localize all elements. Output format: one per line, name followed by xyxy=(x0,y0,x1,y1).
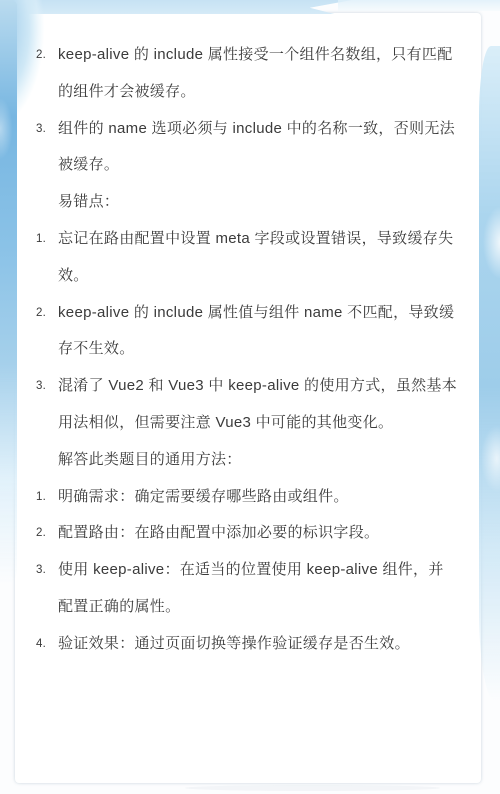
section-heading: 解答此类题目的通用方法： xyxy=(36,442,458,479)
list-item-number: 1. xyxy=(36,221,58,258)
watercolor-top-strip-faint xyxy=(338,0,500,11)
notes-content: 2.keep-alive 的 include 属性接受一个组件名数组，只有匹配的… xyxy=(36,37,458,663)
list-item-number: 3. xyxy=(36,552,58,589)
list-item-number: 2. xyxy=(36,37,58,74)
list-item-text: 使用 keep-alive：在适当的位置使用 keep-alive 组件，并配置… xyxy=(58,552,458,626)
list-item-text: keep-alive 的 include 属性接受一个组件名数组，只有匹配的组件… xyxy=(58,37,458,111)
list-item: 1.明确需求：确定需要缓存哪些路由或组件。 xyxy=(36,479,458,516)
list-item: 1.忘记在路由配置中设置 meta 字段或设置错误，导致缓存失效。 xyxy=(36,221,458,295)
list-item-text: 明确需求：确定需要缓存哪些路由或组件。 xyxy=(58,479,458,516)
list-item-text: 配置路由：在路由配置中添加必要的标识字段。 xyxy=(58,515,458,552)
section-heading-text: 解答此类题目的通用方法： xyxy=(58,442,458,479)
watercolor-right-band xyxy=(479,46,500,701)
list-item-number: 3. xyxy=(36,368,58,405)
list-item: 2.keep-alive 的 include 属性接受一个组件名数组，只有匹配的… xyxy=(36,37,458,111)
list-item-text: 验证效果：通过页面切换等操作验证缓存是否生效。 xyxy=(58,626,458,663)
list-item-number: 3. xyxy=(36,111,58,148)
list-item-text: 组件的 name 选项必须与 include 中的名称一致，否则无法被缓存。 xyxy=(58,111,458,185)
list-item-number: 4. xyxy=(36,626,58,663)
watercolor-top-strip xyxy=(0,0,352,14)
note-card: 2.keep-alive 的 include 属性接受一个组件名数组，只有匹配的… xyxy=(0,0,500,794)
section-heading-text: 易错点： xyxy=(58,184,458,221)
list-item-number: 2. xyxy=(36,515,58,552)
list-item: 3.混淆了 Vue2 和 Vue3 中 keep-alive 的使用方式，虽然基… xyxy=(36,368,458,442)
list-item-text: 忘记在路由配置中设置 meta 字段或设置错误，导致缓存失效。 xyxy=(58,221,458,295)
list-item: 3.组件的 name 选项必须与 include 中的名称一致，否则无法被缓存。 xyxy=(36,111,458,185)
list-item-text: keep-alive 的 include 属性值与组件 name 不匹配，导致缓… xyxy=(58,295,458,369)
list-item: 3.使用 keep-alive：在适当的位置使用 keep-alive 组件，并… xyxy=(36,552,458,626)
section-heading: 易错点： xyxy=(36,184,458,221)
list-item: 2.配置路由：在路由配置中添加必要的标识字段。 xyxy=(36,515,458,552)
list-item: 4.验证效果：通过页面切换等操作验证缓存是否生效。 xyxy=(36,626,458,663)
list-item: 2.keep-alive 的 include 属性值与组件 name 不匹配，导… xyxy=(36,295,458,369)
watercolor-bottom-smudge xyxy=(185,785,440,791)
list-item-number: 2. xyxy=(36,295,58,332)
list-item-number: 1. xyxy=(36,479,58,516)
list-item-text: 混淆了 Vue2 和 Vue3 中 keep-alive 的使用方式，虽然基本用… xyxy=(58,368,458,442)
